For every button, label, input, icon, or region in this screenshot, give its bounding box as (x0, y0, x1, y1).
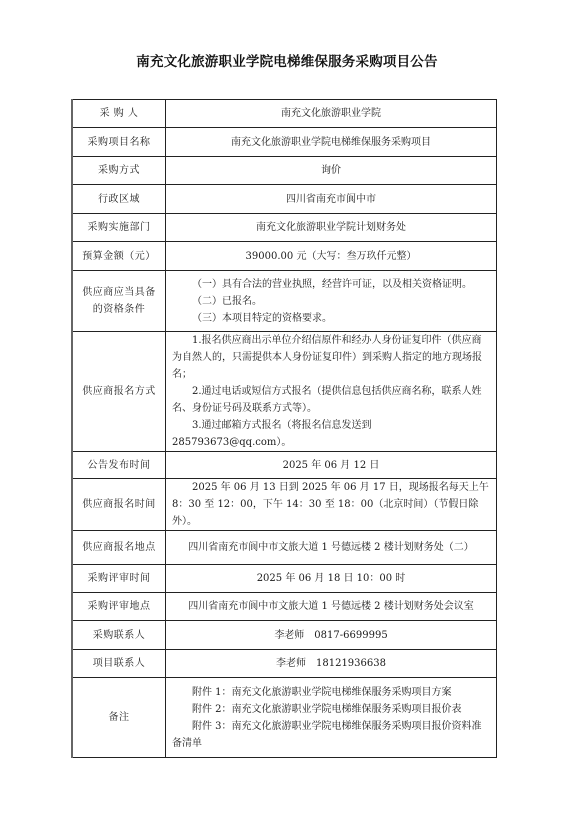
document-title: 南充文化旅游职业学院电梯维保服务采购项目公告 (0, 50, 574, 70)
row-region: 行政区域 四川省南充市阆中市 (72, 185, 497, 214)
row-registration-location: 供应商报名地点 四川省南充市阆中市文旅大道 1 号德远楼 2 楼计划财务处（二） (72, 531, 497, 565)
row-publish-date: 公告发布时间 2025 年 06 月 12 日 (72, 452, 497, 479)
value-remarks: 附件 1：南充文化旅游职业学院电梯维保服务采购项目方案 附件 2：南充文化旅游职… (166, 678, 497, 758)
value-registration-location: 四川省南充市阆中市文旅大道 1 号德远楼 2 楼计划财务处（二） (166, 531, 497, 565)
label-registration-time: 供应商报名时间 (72, 479, 166, 531)
row-remarks: 备注 附件 1：南充文化旅游职业学院电梯维保服务采购项目方案 附件 2：南充文化… (72, 678, 497, 758)
value-procurement-contact: 李老师 0817-6699995 (166, 621, 497, 650)
row-project-name: 采购项目名称 南充文化旅游职业学院电梯维保服务采购项目 (72, 128, 497, 157)
label-purchaser: 采 购 人 (72, 100, 166, 128)
row-review-time: 采购评审时间 2025 年 06 月 18 日 10：00 时 (72, 565, 497, 593)
row-procurement-contact: 采购联系人 李老师 0817-6699995 (72, 621, 497, 650)
row-procurement-method: 采购方式 询价 (72, 157, 497, 185)
attachment-item: 附件 3：南充文化旅游职业学院电梯维保服务采购项目报价资料准备清单 (172, 718, 490, 752)
qualification-item: （三）本项目特定的资格要求。 (172, 310, 490, 327)
value-review-time: 2025 年 06 月 18 日 10：00 时 (166, 565, 497, 593)
qualification-item: （一）具有合法的营业执照，经营许可证，以及相关资格证明。 (172, 276, 490, 293)
row-budget: 预算金额（元） 39000.00 元（大写：叁万玖仟元整） (72, 242, 497, 271)
value-registration-time: 2025 年 06 月 13 日到 2025 年 06 月 17 日，现场报名每… (166, 479, 497, 531)
qualification-item: （二）已报名。 (172, 293, 490, 310)
value-project-name: 南充文化旅游职业学院电梯维保服务采购项目 (166, 128, 497, 157)
registration-method-item: 1.报名供应商出示单位介绍信原件和经办人身份证复印件（供应商为自然人的，只需提供… (172, 332, 490, 383)
value-region: 四川省南充市阆中市 (166, 185, 497, 214)
attachment-item: 附件 2：南充文化旅游职业学院电梯维保服务采购项目报价表 (172, 701, 490, 718)
procurement-notice-table: 采 购 人 南充文化旅游职业学院 采购项目名称 南充文化旅游职业学院电梯维保服务… (71, 99, 497, 758)
row-purchaser: 采 购 人 南充文化旅游职业学院 (72, 100, 497, 128)
label-remarks: 备注 (72, 678, 166, 758)
row-project-contact: 项目联系人 李老师 18121936638 (72, 650, 497, 678)
label-registration-method: 供应商报名方式 (72, 332, 166, 452)
row-registration-time: 供应商报名时间 2025 年 06 月 13 日到 2025 年 06 月 17… (72, 479, 497, 531)
registration-method-item: 3.通过邮箱方式报名（将报名信息发送到285793673@qq.com）。 (172, 417, 490, 451)
row-review-location: 采购评审地点 四川省南充市阆中市文旅大道 1 号德远楼 2 楼计划财务处会议室 (72, 593, 497, 621)
value-review-location: 四川省南充市阆中市文旅大道 1 号德远楼 2 楼计划财务处会议室 (166, 593, 497, 621)
label-qualifications: 供应商应当具备的资格条件 (72, 271, 166, 332)
value-registration-method: 1.报名供应商出示单位介绍信原件和经办人身份证复印件（供应商为自然人的，只需提供… (166, 332, 497, 452)
label-review-location: 采购评审地点 (72, 593, 166, 621)
value-qualifications: （一）具有合法的营业执照，经营许可证，以及相关资格证明。 （二）已报名。 （三）… (166, 271, 497, 332)
row-registration-method: 供应商报名方式 1.报名供应商出示单位介绍信原件和经办人身份证复印件（供应商为自… (72, 332, 497, 452)
value-publish-date: 2025 年 06 月 12 日 (166, 452, 497, 479)
label-department: 采购实施部门 (72, 214, 166, 242)
registration-method-item: 2.通过电话或短信方式报名（提供信息包括供应商名称，联系人姓名、身份证号码及联系… (172, 383, 490, 417)
value-purchaser: 南充文化旅游职业学院 (166, 100, 497, 128)
value-budget: 39000.00 元（大写：叁万玖仟元整） (166, 242, 497, 271)
label-procurement-contact: 采购联系人 (72, 621, 166, 650)
value-project-contact: 李老师 18121936638 (166, 650, 497, 678)
label-procurement-method: 采购方式 (72, 157, 166, 185)
label-region: 行政区域 (72, 185, 166, 214)
attachment-item: 附件 1：南充文化旅游职业学院电梯维保服务采购项目方案 (172, 684, 490, 701)
row-department: 采购实施部门 南充文化旅游职业学院计划财务处 (72, 214, 497, 242)
label-publish-date: 公告发布时间 (72, 452, 166, 479)
value-department: 南充文化旅游职业学院计划财务处 (166, 214, 497, 242)
value-procurement-method: 询价 (166, 157, 497, 185)
label-registration-location: 供应商报名地点 (72, 531, 166, 565)
label-review-time: 采购评审时间 (72, 565, 166, 593)
row-qualifications: 供应商应当具备的资格条件 （一）具有合法的营业执照，经营许可证，以及相关资格证明… (72, 271, 497, 332)
label-project-contact: 项目联系人 (72, 650, 166, 678)
label-project-name: 采购项目名称 (72, 128, 166, 157)
label-budget: 预算金额（元） (72, 242, 166, 271)
